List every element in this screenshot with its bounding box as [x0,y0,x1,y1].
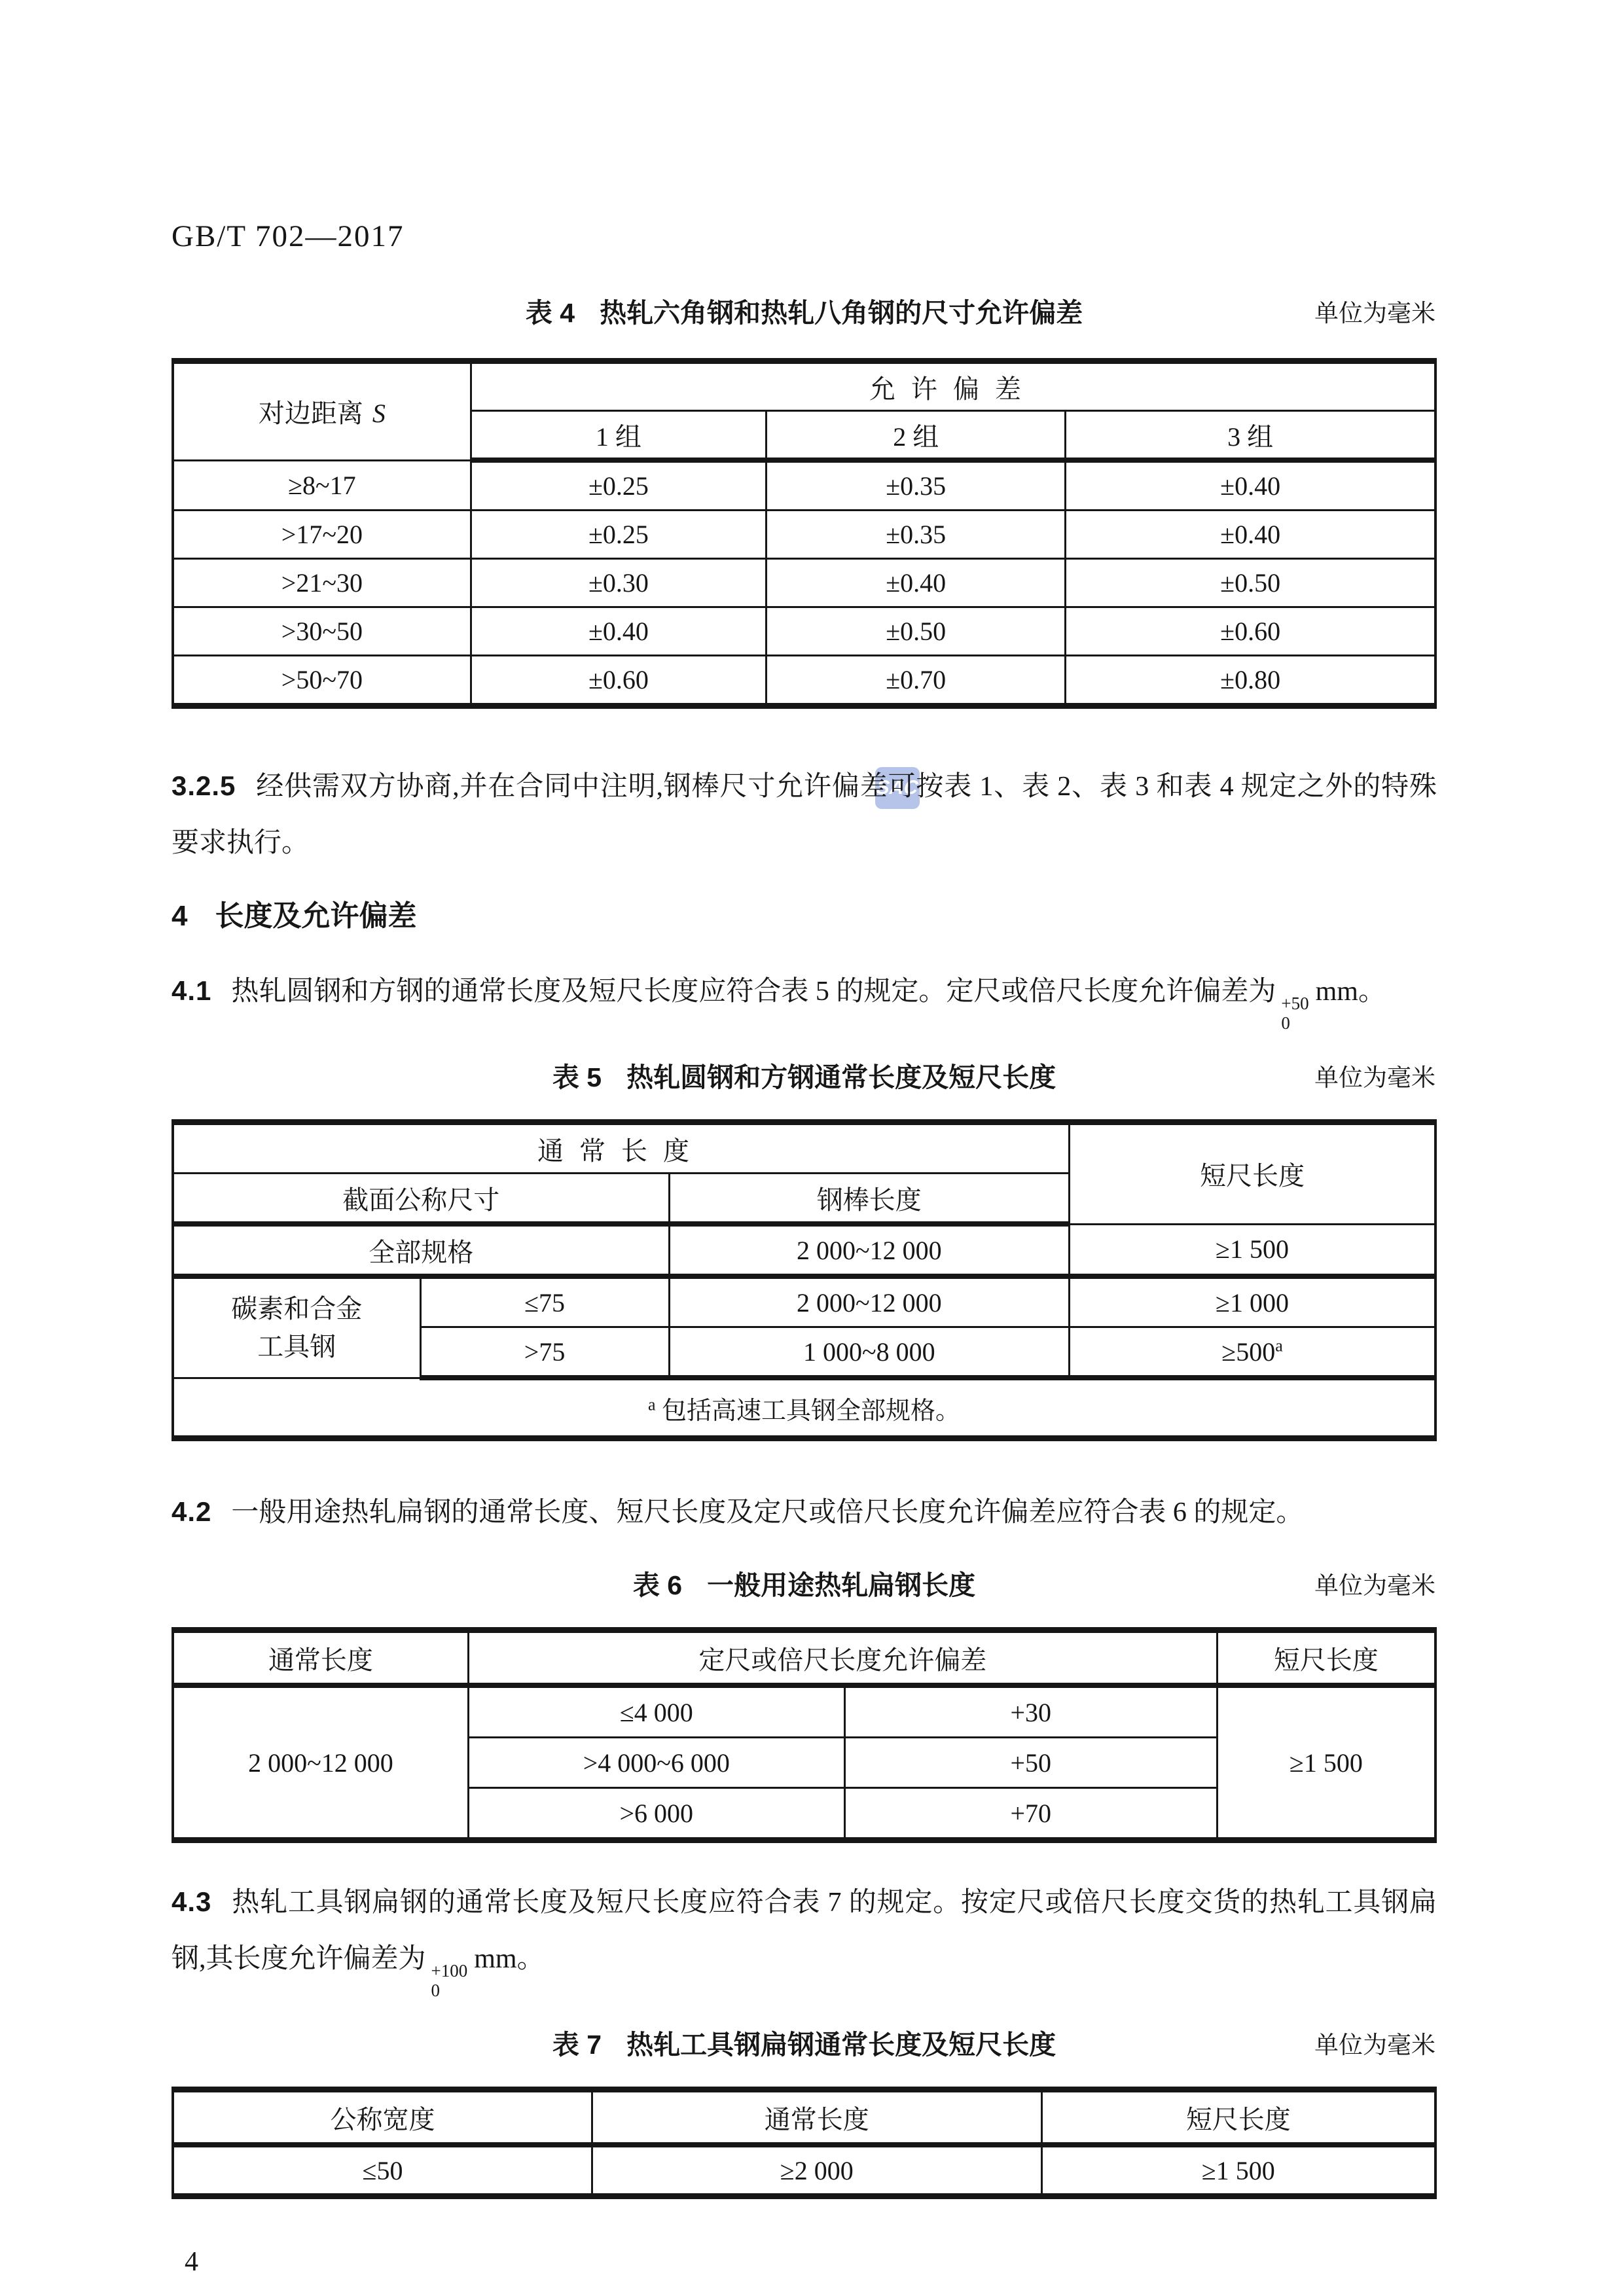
standard-code-header: GB/T 702—2017 [171,219,1437,253]
clause-text-after: mm。 [474,1944,544,1974]
paragraph-4-2: 4.2一般用途热轧扁钢的通常长度、短尺长度及定尺或倍尺长度允许偏差应符合表 6 … [171,1484,1437,1541]
table-4: 对边距离S 允许偏差 1 组 2 组 3 组 ≥8~17 ±0.25 ±0.35… [171,358,1437,709]
clause-text: 一般用途热轧扁钢的通常长度、短尺长度及定尺或倍尺长度允许偏差应符合表 6 的规定… [231,1498,1303,1528]
table-4-header-row-1: 对边距离S 允许偏差 [173,361,1435,411]
table-cell-range: >4 000~6 000 [468,1738,844,1788]
table-7-caption-row: 表 7热轧工具钢扁钢通常长度及短尺长度 单位为毫米 [171,2028,1437,2062]
table-row: >50~70 ±0.60 ±0.70 ±0.80 [173,656,1435,706]
table-5: 通常长度 短尺长度 截面公称尺寸 钢棒长度 全部规格 2 000~12 000 … [171,1119,1437,1441]
table-6-caption: 表 6一般用途热轧扁钢长度 [171,1568,1437,1602]
paragraph-4-3: 4.3热轧工具钢扁钢的通常长度及短尺长度应符合表 7 的规定。按定尺或倍尺长度交… [171,1874,1437,2000]
table-cell-v2: ±0.35 [767,511,1066,559]
table-cell-v1: ±0.30 [471,559,766,607]
table-7: 公称宽度 通常长度 短尺长度 ≤50 ≥2 000 ≥1 500 [171,2087,1437,2199]
document-page: SAC GB/T 702—2017 表 4热轧六角钢和热轧八角钢的尺寸允许偏差 … [0,0,1624,2296]
table-cell-width: ≤50 [173,2145,592,2197]
table-7-unit-label: 单位为毫米 [1314,2025,1435,2060]
table-5-unit-label: 单位为毫米 [1314,1058,1435,1093]
table-7-usual-length-header: 通常长度 [592,2090,1041,2145]
clause-number: 4.3 [171,1886,211,1917]
table-cell-short: ≥1 500 [1070,1224,1435,1276]
table-cell-v3: ±0.50 [1066,559,1435,607]
table-cell-v2: ±0.50 [767,607,1066,656]
footnote-marker: a [1275,1336,1283,1355]
table-cell-range: >6 000 [468,1788,844,1840]
table-5-short-length-header: 短尺长度 [1070,1122,1435,1225]
col1-header-variable: S [372,399,386,428]
table-5-header-row-1: 通常长度 短尺长度 [173,1122,1435,1174]
table-cell-s: >50~70 [173,656,471,706]
table-row: >17~20 ±0.25 ±0.35 ±0.40 [173,511,1435,559]
tolerance-stack: +1000 [431,1961,468,2000]
table-row: ≤50 ≥2 000 ≥1 500 [173,2145,1435,2197]
footnote-marker: a [648,1395,656,1414]
col1-header-text: 对边距离 [259,399,363,428]
tolerance-lower: 0 [431,1981,441,2000]
table-cell-short-length: ≥1 500 [1217,1685,1435,1840]
table-cell-length: 2 000~12 000 [669,1276,1069,1327]
tolerance-stack: +500 [1281,994,1308,1033]
table-7-label: 表 7 [552,2030,602,2060]
table-row: >30~50 ±0.40 ±0.50 ±0.60 [173,607,1435,656]
category-line-2: 工具钢 [178,1328,416,1366]
paragraph-4-1: 4.1热轧圆钢和方钢的通常长度及短尺长度应符合表 5 的规定。定尺或倍尺长度允许… [171,963,1437,1033]
table-cell-deviation: +70 [844,1788,1217,1840]
table-6: 通常长度 定尺或倍尺长度允许偏差 短尺长度 2 000~12 000 ≤4 00… [171,1627,1437,1843]
page-number: 4 [171,2245,1437,2279]
section-4-heading: 4长度及允许偏差 [171,899,1437,934]
section-number: 4 [171,900,187,932]
table-5-usual-length-header: 通常长度 [173,1122,1070,1174]
table-row: ≥8~17 ±0.25 ±0.35 ±0.40 [173,460,1435,511]
table-4-title: 热轧六角钢和热轧八角钢的尺寸允许偏差 [600,298,1083,328]
table-6-unit-label: 单位为毫米 [1314,1566,1435,1601]
clause-text: 经供需双方协商,并在合同中注明,钢棒尺寸允许偏差可按表 1、表 2、表 3 和表… [171,772,1437,858]
table-cell-usual: ≥2 000 [592,2145,1041,2197]
table-6-short-length-header: 短尺长度 [1217,1630,1435,1686]
tolerance-upper: +50 [1281,994,1308,1013]
table-4-span-header: 允许偏差 [471,361,1435,411]
table-4-label: 表 4 [526,298,575,328]
table-7-caption: 表 7热轧工具钢扁钢通常长度及短尺长度 [171,2028,1437,2062]
table-row: 全部规格 2 000~12 000 ≥1 500 [173,1224,1435,1276]
tolerance-lower: 0 [1281,1013,1290,1033]
table-cell-length: 2 000~12 000 [669,1224,1069,1276]
tolerance-upper: +100 [431,1961,468,1981]
table-cell-s: ≥8~17 [173,460,471,511]
clause-number: 3.2.5 [171,770,236,801]
clause-text: 热轧工具钢扁钢的通常长度及短尺长度应符合表 7 的规定。按定尺或倍尺长度交货的热… [171,1888,1437,1974]
table-7-header-row: 公称宽度 通常长度 短尺长度 [173,2090,1435,2145]
table-row: 2 000~12 000 ≤4 000 +30 ≥1 500 [173,1685,1435,1738]
table-6-label: 表 6 [633,1570,682,1600]
table-cell-usual-length: 2 000~12 000 [173,1685,468,1840]
table-cell-v2: ±0.35 [767,460,1066,511]
table-cell-spec: >75 [420,1327,669,1378]
table-cell-length: 1 000~8 000 [669,1327,1069,1378]
paragraph-3-2-5: 3.2.5经供需双方协商,并在合同中注明,钢棒尺寸允许偏差可按表 1、表 2、表… [171,758,1437,871]
table-row: >21~30 ±0.30 ±0.40 ±0.50 [173,559,1435,607]
footnote-text: 包括高速工具钢全部规格。 [662,1397,960,1425]
table-4-caption: 表 4热轧六角钢和热轧八角钢的尺寸允许偏差 [171,296,1437,330]
table-cell-spec: 全部规格 [173,1224,669,1276]
table-5-label: 表 5 [552,1062,602,1092]
table-4-group-3-header: 3 组 [1066,411,1435,461]
table-4-group-2-header: 2 组 [767,411,1066,461]
table-cell-v2: ±0.40 [767,559,1066,607]
table-5-section-size-header: 截面公称尺寸 [173,1174,669,1225]
table-5-caption-row: 表 5热轧圆钢和方钢通常长度及短尺长度 单位为毫米 [171,1060,1437,1094]
table-cell-v1: ±0.40 [471,607,766,656]
table-cell-s: >17~20 [173,511,471,559]
table-cell-short: ≥1 500 [1041,2145,1435,2197]
clause-number: 4.2 [171,1496,211,1527]
table-cell-s: >21~30 [173,559,471,607]
table-cell-v1: ±0.25 [471,460,766,511]
table-cell-v1: ±0.25 [471,511,766,559]
table-cell-v3: ±0.40 [1066,460,1435,511]
page-content: GB/T 702—2017 表 4热轧六角钢和热轧八角钢的尺寸允许偏差 单位为毫… [171,0,1437,2279]
table-cell-v2: ±0.70 [767,656,1066,706]
table-cell-short: ≥1 000 [1070,1276,1435,1327]
table-6-caption-row: 表 6一般用途热轧扁钢长度 单位为毫米 [171,1568,1437,1602]
table-row: 碳素和合金 工具钢 ≤75 2 000~12 000 ≥1 000 [173,1276,1435,1327]
table-cell-v3: ±0.80 [1066,656,1435,706]
table-7-title: 热轧工具钢扁钢通常长度及短尺长度 [626,2030,1056,2060]
table-6-tolerance-header: 定尺或倍尺长度允许偏差 [468,1630,1217,1686]
table-7-nominal-width-header: 公称宽度 [173,2090,592,2145]
category-line-1: 碳素和合金 [178,1290,416,1328]
table-5-bar-length-header: 钢棒长度 [669,1174,1069,1225]
table-5-footnote: a 包括高速工具钢全部规格。 [173,1378,1435,1439]
table-cell-v3: ±0.60 [1066,607,1435,656]
table-6-title: 一般用途热轧扁钢长度 [707,1570,975,1600]
table-4-unit-label: 单位为毫米 [1314,293,1435,329]
table-7-short-length-header: 短尺长度 [1041,2090,1435,2145]
table-5-title: 热轧圆钢和方钢通常长度及短尺长度 [626,1062,1056,1092]
table-5-caption: 表 5热轧圆钢和方钢通常长度及短尺长度 [171,1060,1437,1094]
short-length-value: ≥500 [1221,1337,1275,1367]
table-cell-spec: ≤75 [420,1276,669,1327]
table-cell-category: 碳素和合金 工具钢 [173,1276,420,1378]
table-cell-deviation: +30 [844,1685,1217,1738]
clause-text-after: mm。 [1316,977,1386,1007]
table-cell-short: ≥500a [1070,1327,1435,1378]
table-cell-deviation: +50 [844,1738,1217,1788]
table-5-footnote-row: a 包括高速工具钢全部规格。 [173,1378,1435,1439]
section-title: 长度及允许偏差 [215,900,416,932]
table-cell-v1: ±0.60 [471,656,766,706]
table-cell-range: ≤4 000 [468,1685,844,1738]
table-4-group-1-header: 1 组 [471,411,766,461]
table-4-col1-header: 对边距离S [173,361,471,461]
table-4-caption-row: 表 4热轧六角钢和热轧八角钢的尺寸允许偏差 单位为毫米 [171,296,1437,330]
table-cell-s: >30~50 [173,607,471,656]
table-6-header-row: 通常长度 定尺或倍尺长度允许偏差 短尺长度 [173,1630,1435,1686]
table-6-usual-length-header: 通常长度 [173,1630,468,1686]
clause-text: 热轧圆钢和方钢的通常长度及短尺长度应符合表 5 的规定。定尺或倍尺长度允许偏差为 [231,977,1276,1007]
clause-number: 4.1 [171,975,211,1006]
table-cell-v3: ±0.40 [1066,511,1435,559]
